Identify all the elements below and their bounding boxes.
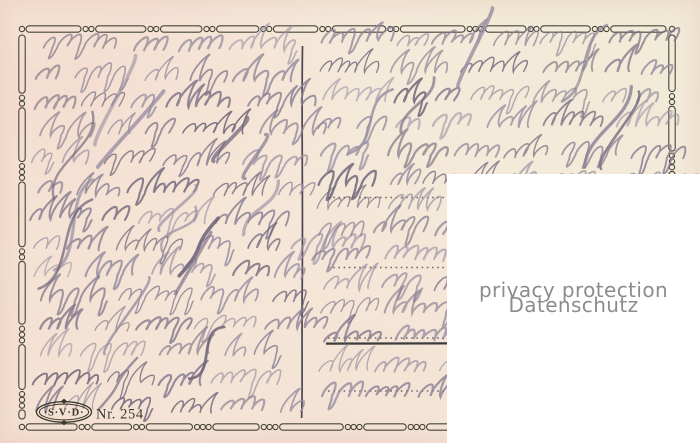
badge-bottom-ornament [61, 420, 67, 425]
postcard-scan: ·S·V·D· Nr. 254 privacy protection Daten… [0, 0, 700, 443]
publisher-badge: ·S·V·D· Nr. 254 [37, 399, 144, 426]
privacy-overlay: privacy protection Datenschutz [447, 174, 700, 443]
card-number-label: Nr. 254 [96, 407, 144, 423]
badge-top-ornament [61, 399, 67, 404]
badge-text: ·S·V·D· [44, 408, 85, 419]
